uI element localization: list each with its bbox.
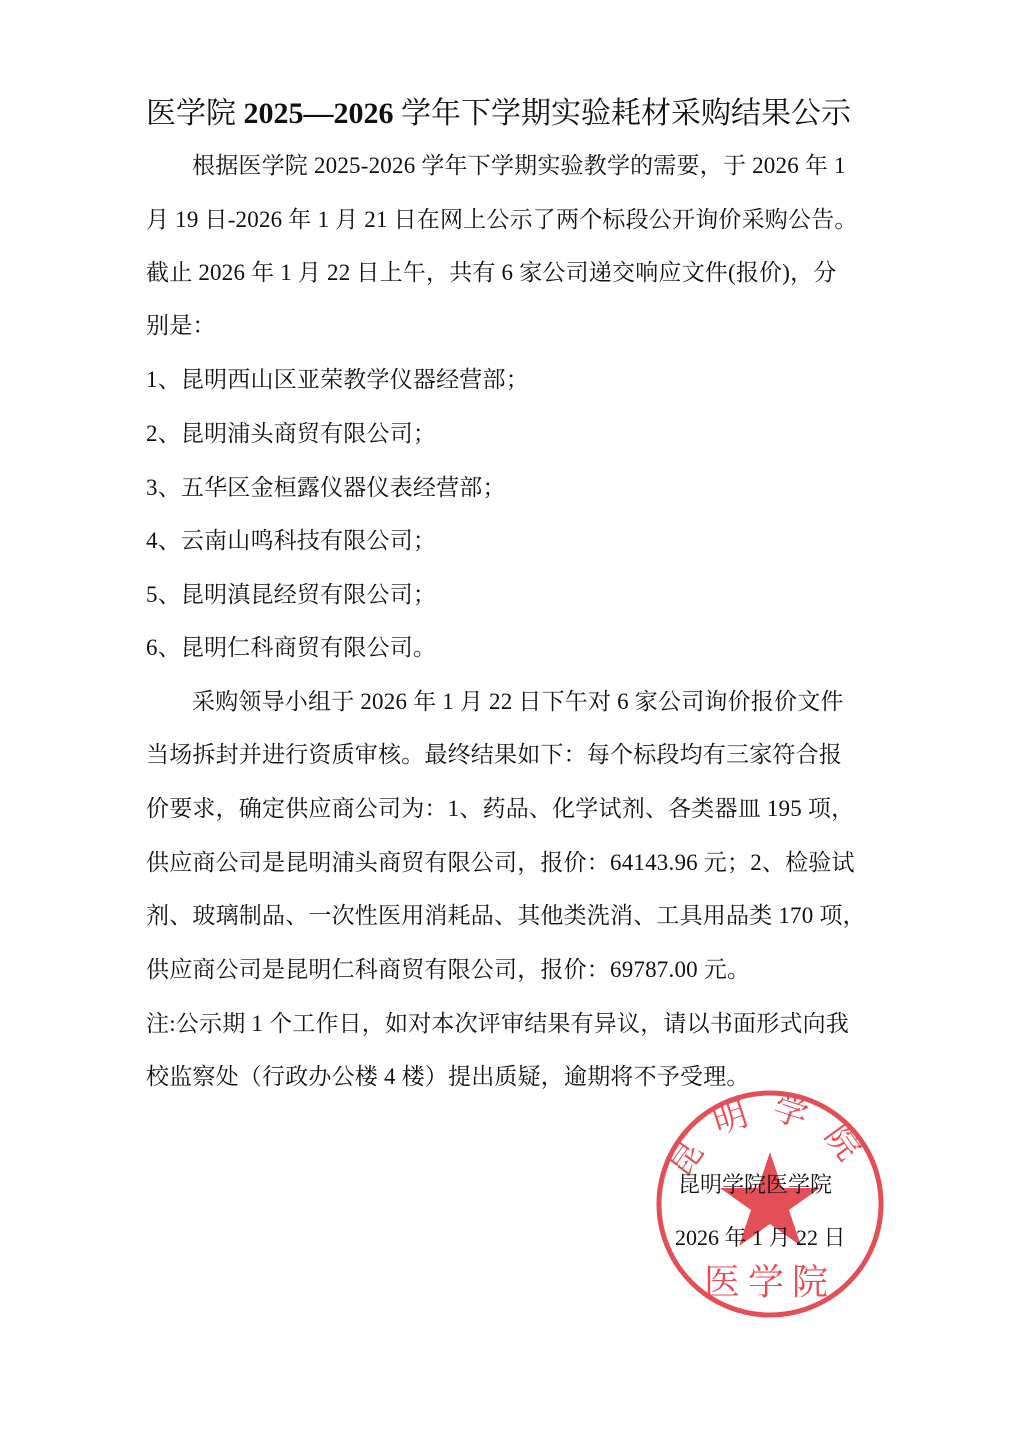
signature-organization: 昆明学院医学院 bbox=[678, 1170, 832, 1200]
company-list-item: 1、昆明西山区亚荣教学仪器经营部； bbox=[146, 365, 529, 395]
company-list-item: 6、昆明仁科商贸有限公司。 bbox=[146, 633, 436, 663]
title-prefix: 医学院 bbox=[146, 97, 244, 130]
stamp-bottom-text: 医学院 bbox=[704, 1262, 836, 1303]
official-seal-stamp: 昆明学院 医学院 bbox=[652, 1088, 888, 1320]
paragraph-2-line-5: 剂、玻璃制品、一次性医用消耗品、其他类洗消、工具用品类 170 项， bbox=[146, 901, 866, 931]
title-years: 2025—2026 bbox=[244, 97, 394, 130]
paragraph-1-line-2: 月 19 日-2026 年 1 月 21 日在网上公示了两个标段公开询价采购公告… bbox=[146, 205, 858, 235]
note-line-1: 注:公示期 1 个工作日，如对本次评审结果有异议，请以书面形式向我 bbox=[146, 1009, 849, 1039]
company-list-item: 5、昆明滇昆经贸有限公司； bbox=[146, 580, 436, 610]
company-list-item: 4、云南山鸣科技有限公司； bbox=[146, 526, 436, 556]
title-suffix: 学年下学期实验耗材采购结果公示 bbox=[394, 97, 852, 130]
paragraph-1-line-4: 别是： bbox=[146, 311, 216, 341]
paragraph-2-line-6: 供应商公司是昆明仁科商贸有限公司，报价：69787.00 元。 bbox=[146, 955, 750, 985]
company-list-item: 2、昆明浦头商贸有限公司； bbox=[146, 419, 436, 449]
document-title: 医学院 2025—2026 学年下学期实验耗材采购结果公示 bbox=[146, 92, 886, 136]
paragraph-2-line-3: 价要求，确定供应商公司为：1、药品、化学试剂、各类器皿 195 项， bbox=[146, 794, 854, 824]
paragraph-1-line-3: 截止 2026 年 1 月 22 日上午，共有 6 家公司递交响应文件(报价)，… bbox=[146, 258, 837, 288]
paragraph-1-line-1: 根据医学院 2025-2026 学年下学期实验教学的需要，于 2026 年 1 bbox=[192, 151, 846, 181]
signature-date: 2026 年 1 月 22 日 bbox=[675, 1223, 846, 1253]
company-list-item: 3、五华区金桓露仪器仪表经营部； bbox=[146, 473, 506, 503]
paragraph-2-line-2: 当场拆封并进行资质审核。最终结果如下：每个标段均有三家符合报 bbox=[146, 740, 842, 770]
paragraph-2-line-1: 采购领导小组于 2026 年 1 月 22 日下午对 6 家公司询价报价文件 bbox=[192, 687, 844, 717]
paragraph-2-line-4: 供应商公司是昆明浦头商贸有限公司，报价：64143.96 元；2、检验试 bbox=[146, 848, 855, 878]
document-page: 医学院 2025—2026 学年下学期实验耗材采购结果公示 根据医学院 2025… bbox=[0, 0, 1024, 1430]
